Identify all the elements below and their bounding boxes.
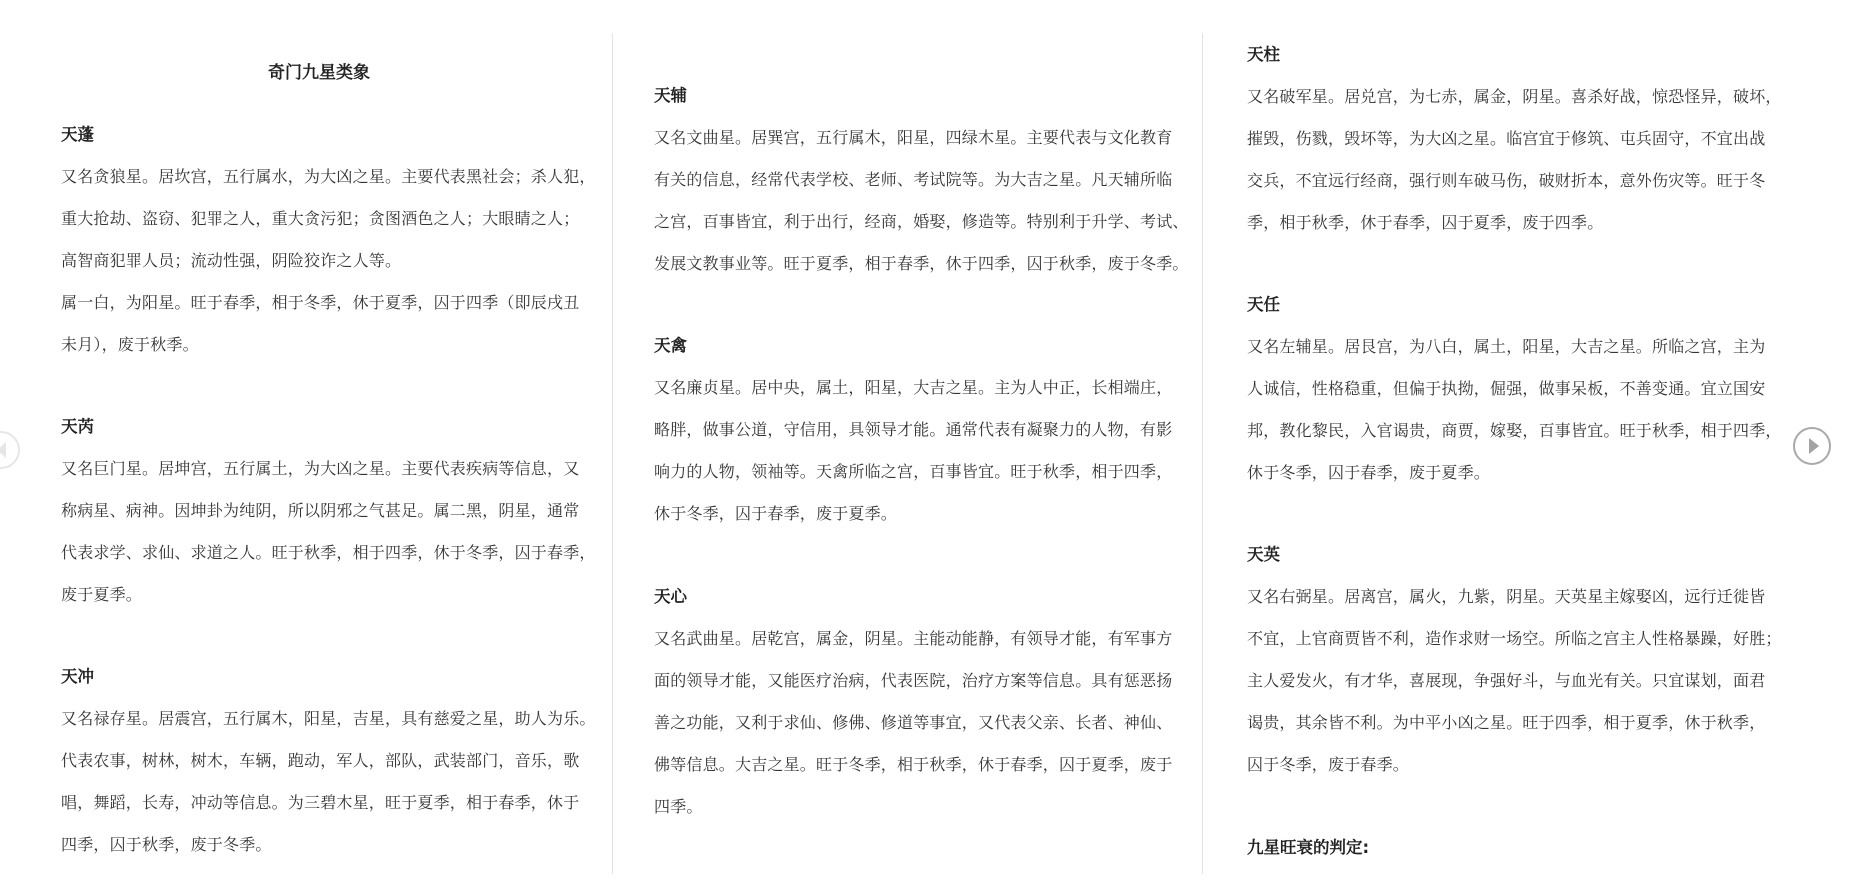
text-line: 又名廉贞星。居中央，属土，阳星，大吉之星。主为人中正，长相端庄， [654, 367, 1214, 409]
text-line: 未月），废于秋季。 [61, 324, 621, 366]
text-line: 休于冬季，囚于春季，废于夏季。 [654, 493, 1214, 535]
text-line: 属一白，为阳星。旺于春季，相于冬季，休于夏季，囚于四季（即辰戌丑 [61, 282, 621, 324]
section-body: 又名右弼星。居离宫，属火，九紫，阴星。天英星主嫁娶凶，远行迁徙皆 不宜，上官商贾… [1247, 576, 1807, 786]
text-line: 又名左辅星。居艮宫，为八白，属土，阳星，大吉之星。所临之宫，主为 [1247, 326, 1807, 368]
text-line: 又名禄存星。居震宫，五行属木，阳星，吉星，具有慈爱之星，助人为乐。 [61, 698, 621, 740]
section-body: 又名文曲星。居巽宫，五行属木，阳星，四绿木星。主要代表与文化教育 有关的信息，经… [654, 117, 1214, 285]
text-line: 面的领导才能，又能医疗治病，代表医院，治疗方案等信息。具有惩恶扬 [654, 660, 1214, 702]
section-heading: 天辅 [654, 86, 1214, 106]
text-line: 又名右弼星。居离宫，属火，九紫，阴星。天英星主嫁娶凶，远行迁徙皆 [1247, 576, 1807, 618]
text-line: 善之功能，又利于求仙、修佛、修道等事宜，又代表父亲、长者、神仙、 [654, 702, 1214, 744]
section-body: 又名左辅星。居艮宫，为八白，属土，阳星，大吉之星。所临之宫，主为 人诚信，性格稳… [1247, 326, 1807, 494]
text-line: 佛等信息。大吉之星。旺于冬季，相于秋季，休于春季，囚于夏季，废于 [654, 744, 1214, 786]
prev-page-button[interactable] [0, 431, 20, 469]
text-line: 又名贪狼星。居坎宫，五行属水，为大凶之星。主要代表黑社会；杀人犯， [61, 156, 621, 198]
section-heading: 天柱 [1247, 45, 1807, 65]
text-line: 响力的人物，领袖等。天禽所临之宫，百事皆宜。旺于秋季，相于四季， [654, 451, 1214, 493]
section-heading: 天冲 [61, 667, 621, 687]
text-line: 摧毁，伤戮，毁坏等，为大凶之星。临宫宜于修筑、屯兵固守，不宜出战 [1247, 118, 1807, 160]
section-heading: 天芮 [61, 417, 621, 437]
text-line: 季，相于秋季，休于春季，囚于夏季，废于四季。 [1247, 202, 1807, 244]
section-tianying: 天英 又名右弼星。居离宫，属火，九紫，阴星。天英星主嫁娶凶，远行迁徙皆 不宜，上… [1247, 545, 1807, 786]
text-line: 又名破军星。居兑宫，为七赤，属金，阴星。喜杀好战，惊恐怪异，破坏， [1247, 76, 1807, 118]
section-body: 又名廉贞星。居中央，属土，阳星，大吉之星。主为人中正，长相端庄， 略胖，做事公道… [654, 367, 1214, 535]
page-title: 奇门九星类象 [268, 63, 370, 83]
text-line: 又名文曲星。居巽宫，五行属木，阳星，四绿木星。主要代表与文化教育 [654, 117, 1214, 159]
section-heading: 九星旺衰的判定: [1247, 838, 1807, 858]
text-line: 高智商犯罪人员；流动性强，阴险狡诈之人等。 [61, 240, 621, 282]
section-body: 又名破军星。居兑宫，为七赤，属金，阴星。喜杀好战，惊恐怪异，破坏， 摧毁，伤戮，… [1247, 76, 1807, 244]
text-line: 邦，教化黎民，入官谒贵，商贾，嫁娶，百事皆宜。旺于秋季，相于四季， [1247, 410, 1807, 452]
section-heading: 天英 [1247, 545, 1807, 565]
text-line: 代表求学、求仙、求道之人。旺于秋季，相于四季，休于冬季，囚于春季， [61, 532, 621, 574]
section-body: 又名禄存星。居震宫，五行属木，阳星，吉星，具有慈爱之星，助人为乐。 代表农事，树… [61, 698, 621, 866]
text-line: 主人爱发火，有才华，喜展现，争强好斗，与血光有关。只宜谋划，面君 [1247, 660, 1807, 702]
section-tianrui: 天芮 又名巨门星。居坤宫，五行属土，为大凶之星。主要代表疾病等信息，又 称病星、… [61, 417, 621, 616]
section-heading: 天任 [1247, 295, 1807, 315]
text-line: 重大抢劫、盗窃、犯罪之人，重大贪污犯；贪图酒色之人；大眼睛之人； [61, 198, 621, 240]
text-line: 谒贵，其余皆不利。为中平小凶之星。旺于四季，相于夏季，休于秋季， [1247, 702, 1807, 744]
text-line: 囚于冬季，废于春季。 [1247, 744, 1807, 786]
text-line: 之宫，百事皆宜，利于出行，经商，婚娶，修造等。特别利于升学、考试、 [654, 201, 1214, 243]
text-line: 不宜，上官商贾皆不利，造作求财一场空。所临之宫主人性格暴躁，好胜； [1247, 618, 1807, 660]
text-line: 代表农事，树林，树木，车辆，跑动，军人，部队，武装部门，音乐，歌 [61, 740, 621, 782]
text-line: 废于夏季。 [61, 574, 621, 616]
section-tianchong: 天冲 又名禄存星。居震宫，五行属木，阳星，吉星，具有慈爱之星，助人为乐。 代表农… [61, 667, 621, 866]
chevron-left-icon [0, 442, 6, 458]
text-line: 四季，囚于秋季，废于冬季。 [61, 824, 621, 866]
section-heading: 天蓬 [61, 125, 621, 145]
section-judgement: 九星旺衰的判定: [1247, 838, 1807, 858]
text-line: 又名武曲星。居乾宫，属金，阴星。主能动能静，有领导才能，有军事方 [654, 618, 1214, 660]
text-line: 人诚信，性格稳重，但偏于执拗，倔强，做事呆板，不善变通。宜立国安 [1247, 368, 1807, 410]
section-body: 又名武曲星。居乾宫，属金，阴星。主能动能静，有领导才能，有军事方 面的领导才能，… [654, 618, 1214, 828]
section-tianzhu: 天柱 又名破军星。居兑宫，为七赤，属金，阴星。喜杀好战，惊恐怪异，破坏， 摧毁，… [1247, 45, 1807, 244]
text-line: 有关的信息，经常代表学校、老师、考试院等。为大吉之星。凡天辅所临 [654, 159, 1214, 201]
text-line: 略胖，做事公道，守信用，具领导才能。通常代表有凝聚力的人物，有影 [654, 409, 1214, 451]
section-tianfu: 天辅 又名文曲星。居巽宫，五行属木，阳星，四绿木星。主要代表与文化教育 有关的信… [654, 86, 1214, 285]
section-tianren: 天任 又名左辅星。居艮宫，为八白，属土，阳星，大吉之星。所临之宫，主为 人诚信，… [1247, 295, 1807, 494]
text-line: 交兵，不宜远行经商，强行则车破马伤，破财折本，意外伤灾等。旺于冬 [1247, 160, 1807, 202]
text-line: 称病星、病神。因坤卦为纯阴，所以阴邪之气甚足。属二黑，阴星，通常 [61, 490, 621, 532]
text-line: 又名巨门星。居坤宫，五行属土，为大凶之星。主要代表疾病等信息，又 [61, 448, 621, 490]
section-tianxin: 天心 又名武曲星。居乾宫，属金，阴星。主能动能静，有领导才能，有军事方 面的领导… [654, 587, 1214, 828]
section-tianqin: 天禽 又名廉贞星。居中央，属土，阳星，大吉之星。主为人中正，长相端庄， 略胖，做… [654, 336, 1214, 535]
text-line: 四季。 [654, 786, 1214, 828]
text-line: 发展文教事业等。旺于夏季，相于春季，休于四季，囚于秋季，废于冬季。 [654, 243, 1214, 285]
section-tianpeng: 天蓬 又名贪狼星。居坎宫，五行属水，为大凶之星。主要代表黑社会；杀人犯， 重大抢… [61, 125, 621, 366]
section-heading: 天禽 [654, 336, 1214, 356]
section-heading: 天心 [654, 587, 1214, 607]
section-body: 又名巨门星。居坤宫，五行属土，为大凶之星。主要代表疾病等信息，又 称病星、病神。… [61, 448, 621, 616]
text-line: 唱，舞蹈，长寿，冲动等信息。为三碧木星，旺于夏季，相于春季，休于 [61, 782, 621, 824]
text-line: 休于冬季，囚于春季，废于夏季。 [1247, 452, 1807, 494]
play-icon [1809, 438, 1819, 454]
section-body: 又名贪狼星。居坎宫，五行属水，为大凶之星。主要代表黑社会；杀人犯， 重大抢劫、盗… [61, 156, 621, 366]
